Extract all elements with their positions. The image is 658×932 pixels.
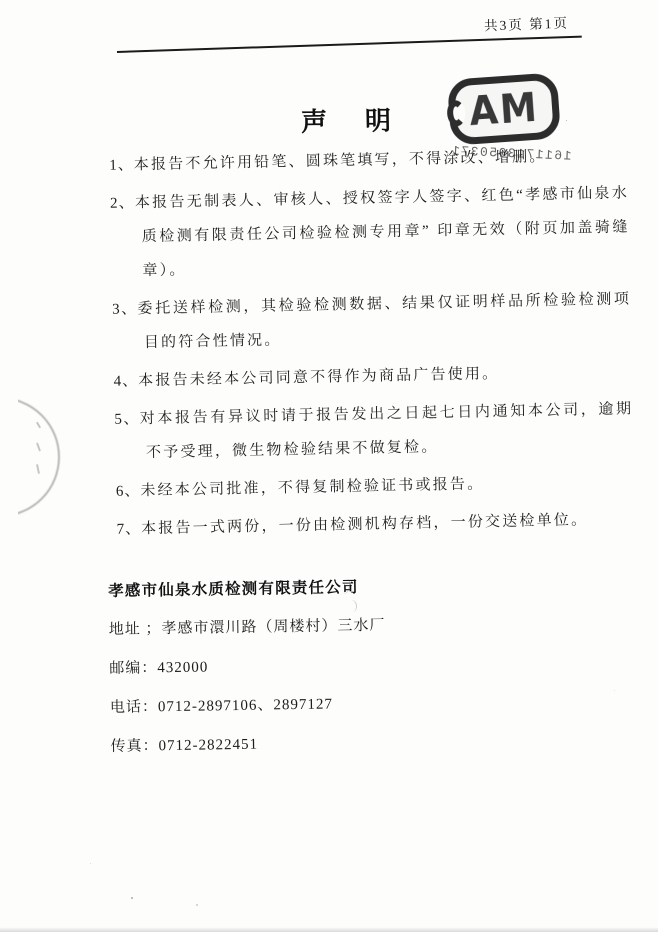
scan-speckle xyxy=(131,897,133,899)
item-text: 未经本公司批准，不得复制检验证书或报告。 xyxy=(140,476,484,499)
item-number: 4、 xyxy=(113,373,138,389)
scan-speckle xyxy=(614,690,615,691)
item-text: 委托送样检测，其检验检测数据、结果仅证明样品所检验检测项目的符合性情况。 xyxy=(137,291,631,351)
cma-stamp-bleedthrough: AM xyxy=(447,72,561,146)
stamp-arc-circle xyxy=(18,397,60,517)
item-text: 本报告无制表人、审核人、授权签字人签字、红色“孝感市仙泉水质检测有限责任公司检验… xyxy=(135,185,630,279)
statement-item-4: 4、本报告未经本公司同意不得作为商品广告使用。 xyxy=(144,354,633,398)
item-number: 6、 xyxy=(116,483,141,499)
stamp-arc-bleedthrough xyxy=(18,396,64,518)
statement-item-5: 5、对本报告有异议时请于报告发出之日起七日内通知本公司，逾期不予受理，微生物检验… xyxy=(145,392,634,470)
item-number: 2、 xyxy=(110,195,135,211)
scan-speckle xyxy=(90,863,91,864)
item-number: 5、 xyxy=(114,411,140,428)
stamp-hook-shape xyxy=(446,100,466,127)
statement-list: 1、本报告不允许用铅笔、圆珠笔填写，不得涂改、增删。 2、本报告无制表人、审核人… xyxy=(0,138,658,553)
statement-item-3: 3、委托送样检测，其检验检测数据、结果仅证明样品所检验检测项目的符合性情况。 xyxy=(143,282,632,360)
item-number: 3、 xyxy=(112,301,138,318)
item-text: 本报告一式两份，一份由检测机构存档，一份交送检单位。 xyxy=(141,512,588,537)
contact-block: 孝感市仙泉水质检测有限责任公司 地址 ；孝感市澴川路（周楼村）三水厂 邮编：43… xyxy=(108,578,388,777)
statement-item-7: 7、本报告一式两份，一份由检测机构存档，一份交送检单位。 xyxy=(147,502,636,546)
phone-line: 电话：0712-2897106、2897127 xyxy=(110,695,387,718)
item-text: 对本报告有异议时请于报告发出之日起七日内通知本公司，逾期不予受理，微生物检验结果… xyxy=(140,401,634,461)
header-rule xyxy=(117,36,582,53)
stamp-letters: AM xyxy=(468,83,541,134)
address-line: 地址 ；孝感市澴川路（周楼村）三水厂 xyxy=(109,617,386,640)
postcode-line: 邮编：432000 xyxy=(109,656,386,679)
statement-item-1: 1、本报告不允许用铅笔、圆珠笔填写，不得涂改、增删。 xyxy=(140,138,629,182)
fax-line: 传真：0712-2822451 xyxy=(110,734,387,757)
item-number: 7、 xyxy=(116,521,141,537)
item-text: 本报告不允许用铅笔、圆珠笔填写，不得涂改、增删。 xyxy=(134,149,547,173)
scan-speckle xyxy=(196,904,198,906)
item-number: 1、 xyxy=(109,157,134,173)
item-text: 本报告未经本公司同意不得作为商品广告使用。 xyxy=(138,366,499,389)
statement-item-6: 6、未经本公司批准，不得复制检验证书或报告。 xyxy=(147,464,636,508)
statement-item-2: 2、本报告无制表人、审核人、授权签字人签字、红色“孝感市仙泉水质检测有限责任公司… xyxy=(141,176,631,288)
page-title: 声 明 xyxy=(301,100,398,139)
scan-speckle xyxy=(566,120,567,121)
scan-bottom-edge xyxy=(0,927,658,932)
page-number-label: 共3页 第1页 xyxy=(484,12,570,35)
scanned-report-page: 共3页 第1页 声 明 AM 1611713050371 1、本报告不允许用铅笔… xyxy=(0,0,658,932)
